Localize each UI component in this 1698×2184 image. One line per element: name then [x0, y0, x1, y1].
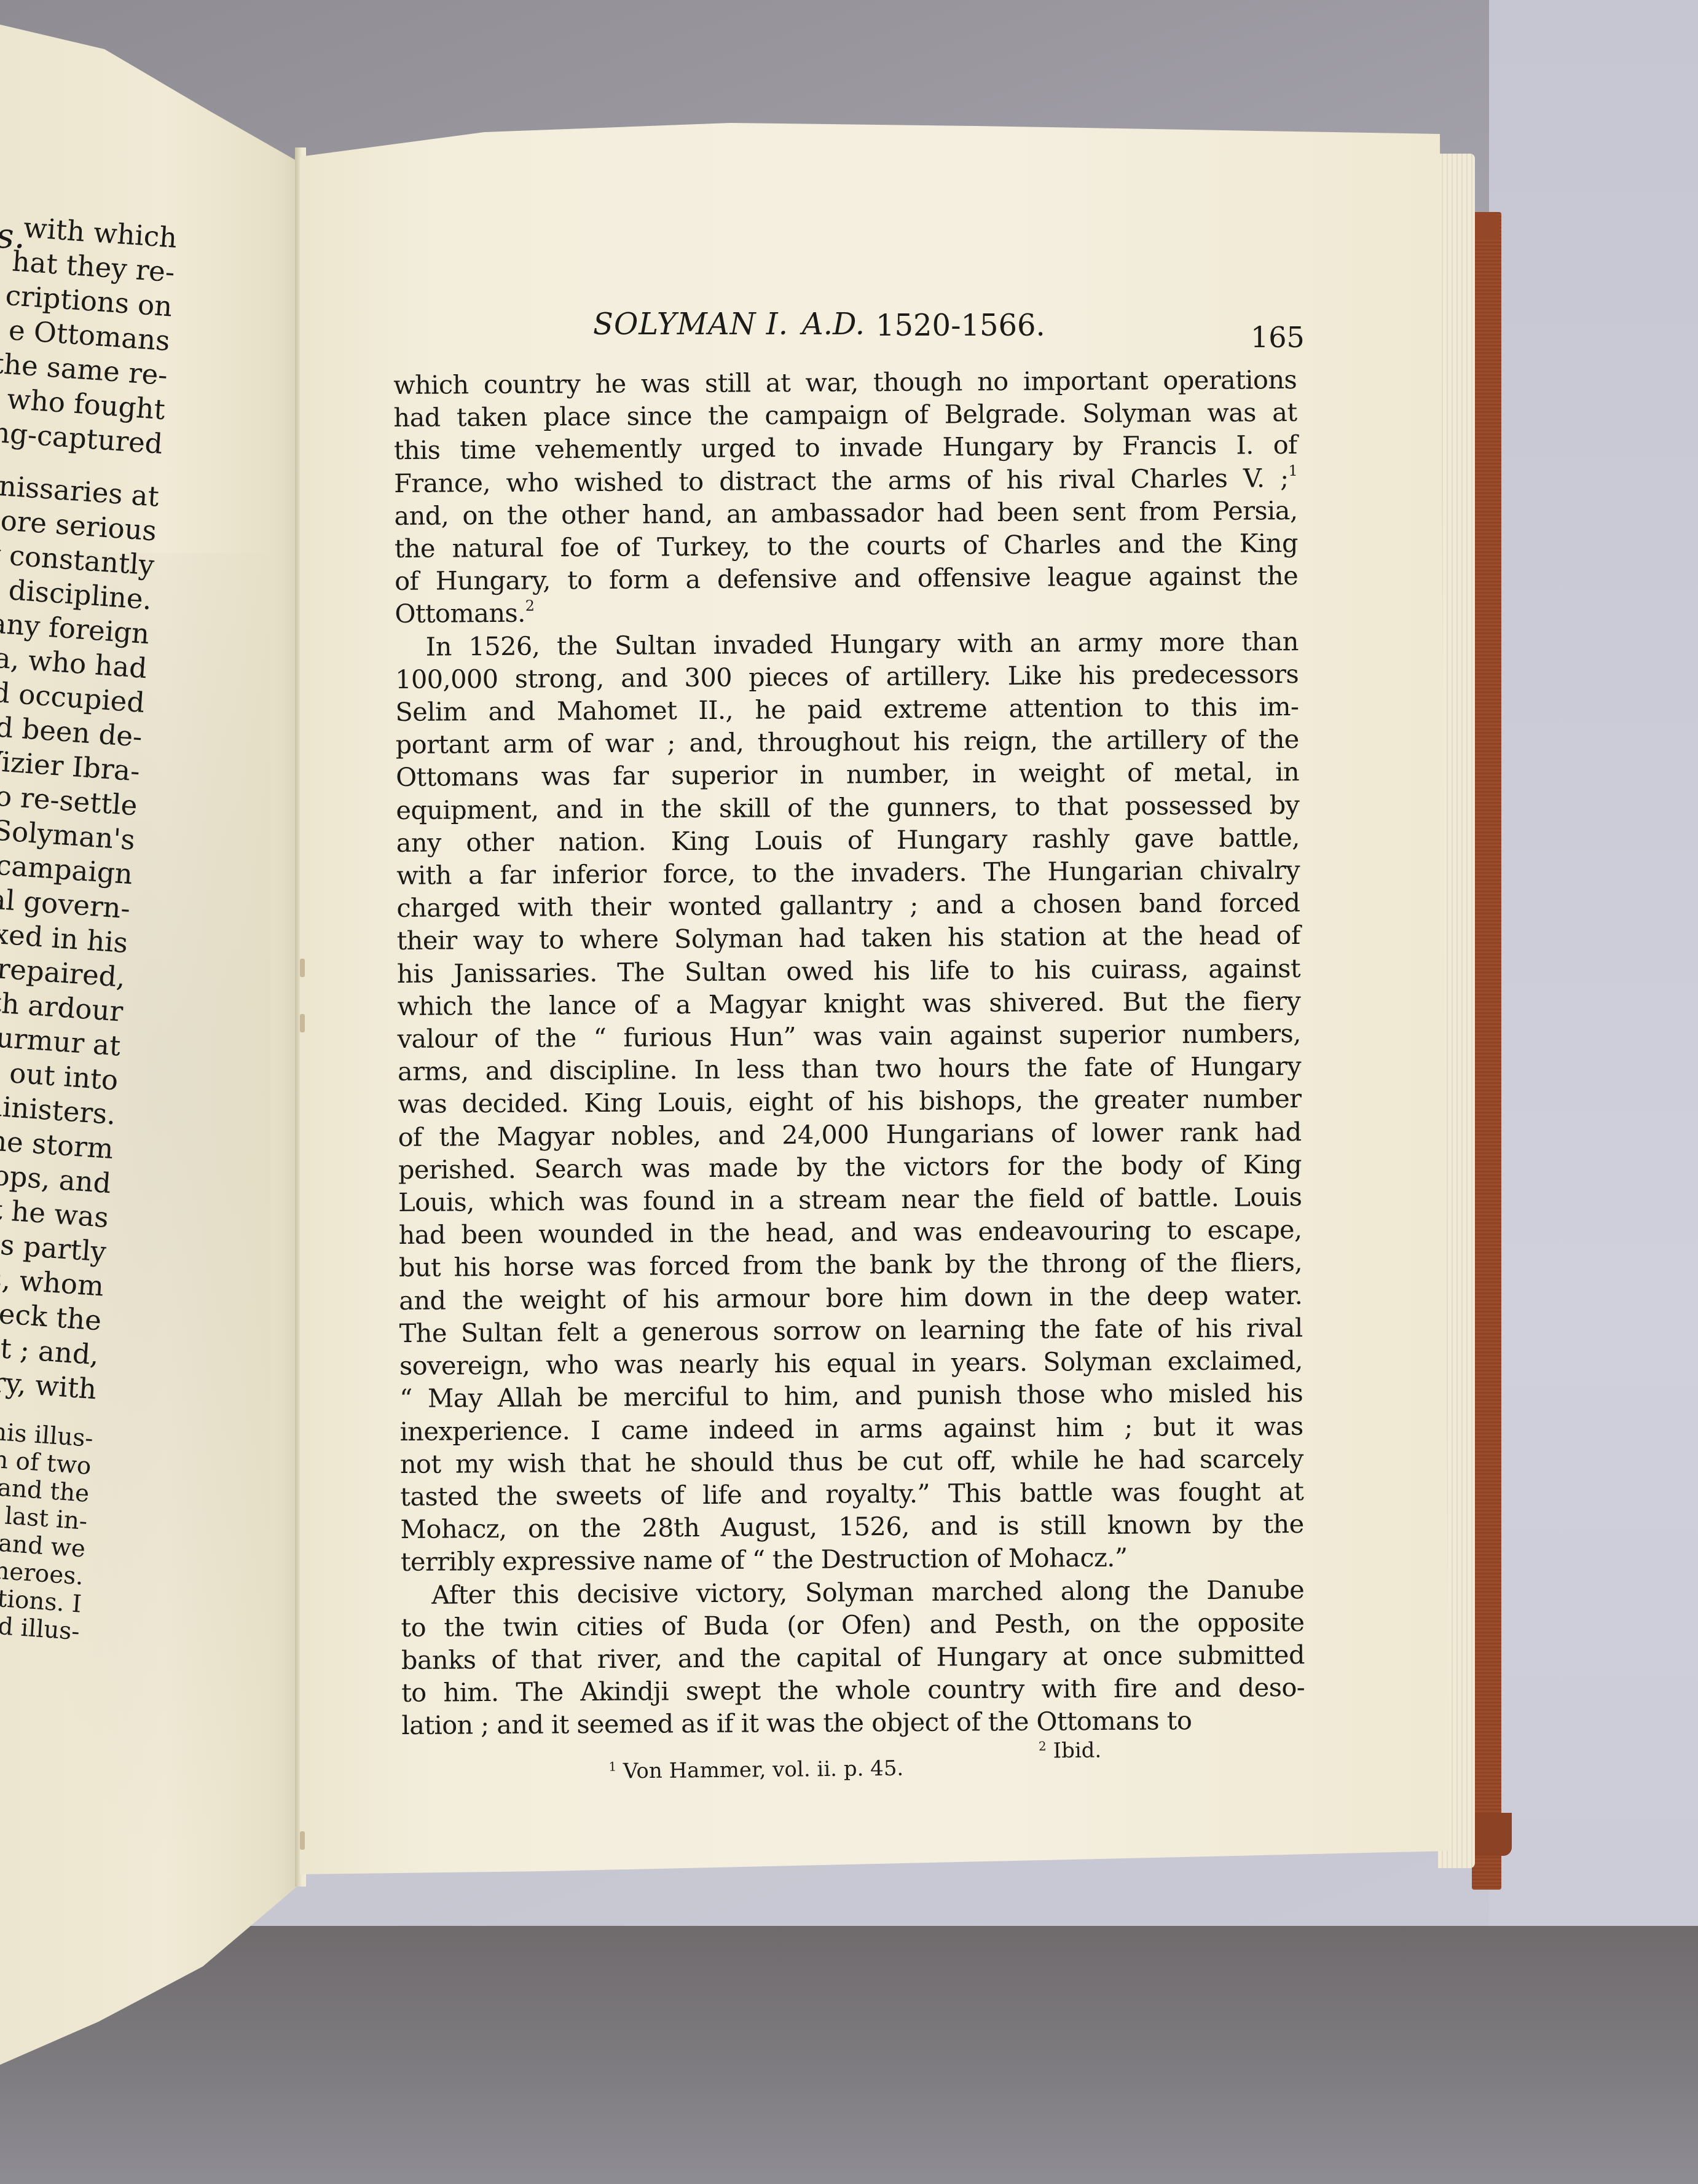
text-line-content: this time vehemently urged to invade Hun… [394, 430, 1297, 465]
text-line-content: banks of that river, and the capital of … [401, 1640, 1305, 1675]
binding-stitch [300, 1014, 305, 1032]
text-line-content: 100,000 strong, and 300 pieces of artill… [395, 659, 1299, 694]
text-line-content: which country he was still at war, thoug… [393, 364, 1297, 400]
text-line: terribly expressive name of “ the Destru… [401, 1540, 1304, 1578]
text-line-content: terribly expressive name of “ the Destru… [401, 1542, 1128, 1577]
text-line: had been wounded in the head, and was en… [398, 1213, 1302, 1251]
background-surface-right [1489, 0, 1698, 2184]
text-line: which the lance of a Magyar knight was s… [397, 984, 1300, 1023]
text-line-content: Ottomans was far superior in number, in … [396, 756, 1299, 792]
text-line: arms, and discipline. In less than two h… [398, 1050, 1301, 1088]
text-line: perished. Search was made by the victors… [398, 1148, 1302, 1186]
text-line-content: In 1526, the Sultan invaded Hungary with… [426, 626, 1299, 662]
text-line: this time vehemently urged to invade Hun… [394, 428, 1297, 466]
text-line-content: not my wish that he should thus be cut o… [400, 1444, 1303, 1479]
text-line: of the Magyar nobles, and 24,000 Hungari… [398, 1115, 1301, 1153]
text-line-content: the natural foe of Turkey, to the courts… [395, 528, 1298, 564]
text-line: and the weight of his armour bore him do… [399, 1279, 1302, 1317]
text-line: but his horse was forced from the bank b… [399, 1246, 1302, 1284]
text-line-content: sovereign, who was nearly his equal in y… [399, 1345, 1303, 1381]
running-head-era: A.D. [802, 307, 865, 342]
text-line: The Sultan felt a generous sorrow on lea… [399, 1311, 1302, 1349]
text-line: Ottomans.2 [395, 592, 1298, 630]
binding-stitch [300, 1831, 305, 1850]
text-line-content: to the twin cities of Buda (or Ofen) and… [401, 1607, 1304, 1643]
text-line: with a far inferior force, to the invade… [396, 854, 1300, 892]
text-line-content: tasted the sweets of life and royalty.” … [400, 1476, 1303, 1512]
footnote-1: 1 Von Hammer, vol. ii. p. 45. [608, 1756, 903, 1784]
text-line-content: valour of the “ furious Hun” was vain ag… [398, 1018, 1301, 1054]
footnote-text: Ibid. [1053, 1738, 1101, 1763]
body-text: which country he was still at war, thoug… [393, 363, 1305, 1742]
text-line: tasted the sweets of life and royalty.” … [400, 1475, 1303, 1513]
page-number: 165 [1251, 321, 1305, 354]
text-line: equipment, and in the skill of the gunne… [396, 788, 1299, 827]
text-line: banks of that river, and the capital of … [401, 1638, 1305, 1676]
text-line: sovereign, who was nearly his equal in y… [399, 1344, 1303, 1382]
left-page: s. with whichhat they re-criptions one O… [0, 0, 301, 2184]
footnote-reference: 2 [525, 597, 535, 615]
text-line-content: which the lance of a Magyar knight was s… [397, 986, 1300, 1021]
footnote-text: Von Hammer, vol. ii. p. 45. [623, 1756, 904, 1784]
text-line-content: The Sultan felt a generous sorrow on lea… [399, 1313, 1302, 1348]
footnote-2: 2 Ibid. [1039, 1738, 1102, 1763]
text-line-content: of the Magyar nobles, and 24,000 Hungari… [398, 1117, 1301, 1152]
text-line-content: his Janissaries. The Sultan owed his lif… [397, 953, 1300, 989]
text-line-content: portant arm of war ; and, throughout his… [396, 724, 1299, 760]
text-line-content: arms, and discipline. In less than two h… [398, 1051, 1301, 1086]
text-line: Ottomans was far superior in number, in … [396, 755, 1299, 793]
text-line-content: with a far inferior force, to the invade… [396, 855, 1300, 890]
text-line-content: France, who wished to distract the arms … [394, 463, 1289, 498]
text-line: the natural foe of Turkey, to the courts… [395, 527, 1298, 565]
text-line: valour of the “ furious Hun” was vain ag… [397, 1017, 1300, 1055]
text-line-content: Ottomans. [395, 598, 525, 629]
running-head-title: SOLYMAN I. [593, 307, 788, 342]
text-line-content: equipment, and in the skill of the gunne… [396, 790, 1299, 825]
text-line: charged with their wonted gallantry ; an… [396, 886, 1300, 924]
text-line-content: any other nation. King Louis of Hungary … [396, 822, 1300, 858]
text-line: and, on the other hand, an ambassador ha… [394, 494, 1297, 532]
book-cover-edge [1472, 212, 1501, 1890]
text-line: In 1526, the Sultan invaded Hungary with… [395, 625, 1299, 663]
text-line: his Janissaries. The Sultan owed his lif… [397, 952, 1300, 990]
binding-stitch [300, 959, 305, 977]
text-line: was decided. King Louis, eight of his bi… [398, 1082, 1301, 1120]
text-line: Mohacz, on the 28th August, 1526, and is… [400, 1507, 1303, 1546]
text-line: to him. The Akindji swept the whole coun… [401, 1671, 1305, 1709]
text-line-content: “ May Allah be merciful to him, and puni… [399, 1378, 1303, 1413]
footnote-marker: 2 [1039, 1738, 1047, 1753]
footnote-reference: 1 [1288, 462, 1297, 479]
text-line: of Hungary, to form a defensive and offe… [395, 559, 1298, 597]
text-line: not my wish that he should thus be cut o… [400, 1442, 1303, 1480]
text-line-content: but his horse was forced from the bank b… [399, 1247, 1302, 1283]
text-line-content: inexperience. I came indeed in arms agai… [399, 1410, 1303, 1446]
running-head-years: 1520-1566. [876, 308, 1045, 343]
running-head: SOLYMAN I. A.D. 1520-1566. 165 [593, 307, 1300, 344]
book-cover-bottom-corner [1469, 1813, 1512, 1856]
footnote-marker: 1 [608, 1759, 616, 1774]
text-line-content: to him. The Akindji swept the whole coun… [401, 1672, 1305, 1708]
text-line-content: their way to where Solyman had taken his… [397, 920, 1300, 956]
text-line-content: perished. Search was made by the victors… [398, 1149, 1302, 1185]
text-line-content: Mohacz, on the 28th August, 1526, and is… [400, 1509, 1303, 1544]
text-line-content: of Hungary, to form a defensive and offe… [395, 560, 1298, 596]
text-line: “ May Allah be merciful to him, and puni… [399, 1377, 1303, 1415]
text-line: Louis, which was found in a stream near … [398, 1180, 1302, 1219]
text-line-content: had been wounded in the head, and was en… [398, 1214, 1302, 1250]
text-line-content: had taken place since the campaign of Be… [393, 397, 1297, 433]
text-line-content: After this decisive victory, Solyman mar… [431, 1574, 1304, 1609]
text-line: France, who wished to distract the arms … [394, 462, 1297, 500]
text-line: their way to where Solyman had taken his… [397, 919, 1300, 957]
text-line: Selim and Mahomet II., he paid extreme a… [395, 690, 1299, 728]
text-line-content: Louis, which was found in a stream near … [398, 1182, 1302, 1217]
text-line: had taken place since the campaign of Be… [393, 396, 1297, 434]
text-line-content: and, on the other hand, an ambassador ha… [394, 495, 1297, 531]
text-line: After this decisive victory, Solyman mar… [401, 1573, 1304, 1611]
text-line-content: was decided. King Louis, eight of his bi… [398, 1083, 1301, 1119]
text-line-content: and the weight of his armour bore him do… [399, 1280, 1302, 1316]
text-line-content: Selim and Mahomet II., he paid extreme a… [395, 691, 1299, 727]
text-line: which country he was still at war, thoug… [393, 363, 1297, 401]
text-line: portant arm of war ; and, throughout his… [396, 723, 1299, 761]
text-line: 100,000 strong, and 300 pieces of artill… [395, 658, 1299, 696]
text-line-content: lation ; and it seemed as if it was the … [401, 1705, 1192, 1740]
text-line-content: charged with their wonted gallantry ; an… [396, 887, 1300, 923]
text-line: any other nation. King Louis of Hungary … [396, 821, 1300, 859]
background-surface-bottom [0, 1926, 1698, 2184]
text-line: lation ; and it seemed as if it was the … [401, 1703, 1305, 1742]
text-line: inexperience. I came indeed in arms agai… [399, 1409, 1303, 1447]
text-line: to the twin cities of Buda (or Ofen) and… [401, 1606, 1304, 1644]
